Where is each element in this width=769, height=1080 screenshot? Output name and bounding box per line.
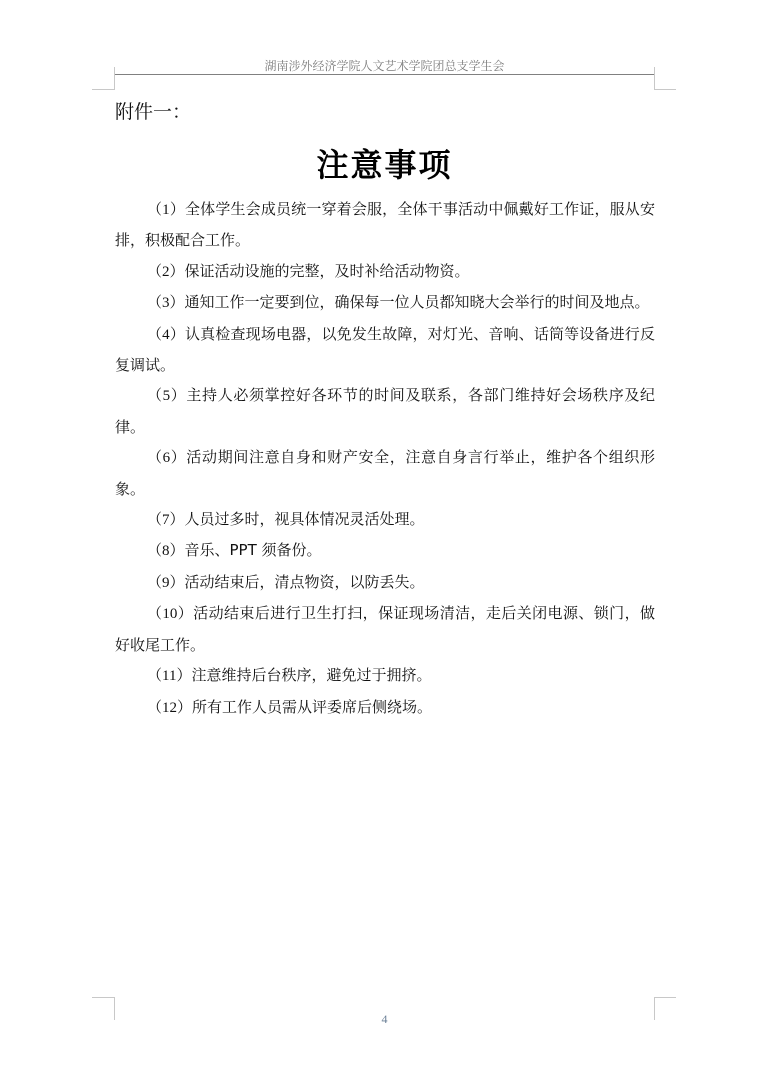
- item-number: （1）: [147, 202, 185, 218]
- item-text: 活动结束后，清点物资，以防丢失。: [185, 573, 425, 591]
- item-text: 所有工作人员需从评委席后侧绕场。: [192, 698, 432, 716]
- item-text: 活动期间注意自身和财产安全，注意自身言行举止，维护各个组织形象。: [115, 448, 655, 497]
- item-text: 全体学生会成员统一穿着会服，全体干事活动中佩戴好工作证，服从安排，积极配合工作。: [115, 200, 655, 249]
- item-number: （10）: [147, 606, 193, 622]
- list-item: （10）活动结束后进行卫生打扫，保证现场清洁，走后关闭电源、锁门，做好收尾工作。: [115, 598, 655, 660]
- item-number: （3）: [147, 295, 185, 311]
- annex-label: 附件一：: [115, 97, 191, 124]
- document-title: 注意事项: [0, 140, 769, 186]
- item-text: 人员过多时，视具体情况灵活处理。: [185, 510, 425, 528]
- item-number: （7）: [147, 512, 185, 528]
- item-number: （8）: [147, 543, 185, 559]
- crop-mark-top-left-h: [92, 89, 114, 90]
- list-item: （9）活动结束后，清点物资，以防丢失。: [115, 567, 655, 598]
- item-text: 保证活动设施的完整，及时补给活动物资。: [185, 262, 470, 280]
- list-item: （2）保证活动设施的完整，及时补给活动物资。: [115, 256, 655, 287]
- list-item: （7）人员过多时，视具体情况灵活处理。: [115, 504, 655, 535]
- notice-list: （1）全体学生会成员统一穿着会服，全体干事活动中佩戴好工作证，服从安排，积极配合…: [115, 194, 655, 723]
- item-text: 通知工作一定要到位，确保每一位人员都知晓大会举行的时间及地点。: [185, 293, 650, 311]
- item-number: （11）: [147, 668, 191, 684]
- crop-mark-top-right-h: [654, 89, 676, 90]
- item-number: （4）: [147, 327, 185, 343]
- list-item: （1）全体学生会成员统一穿着会服，全体干事活动中佩戴好工作证，服从安排，积极配合…: [115, 194, 655, 256]
- list-item: （6）活动期间注意自身和财产安全，注意自身言行举止，维护各个组织形象。: [115, 442, 655, 504]
- item-text: 注意维持后台秩序，避免过于拥挤。: [191, 666, 431, 684]
- item-number: （5）: [147, 388, 186, 404]
- list-item: （12）所有工作人员需从评委席后侧绕场。: [115, 692, 655, 723]
- crop-mark-bottom-right-h: [654, 997, 676, 998]
- page-number: 4: [0, 1012, 769, 1027]
- item-number: （9）: [147, 575, 185, 591]
- item-number: （2）: [147, 264, 185, 280]
- header-rule: [115, 74, 654, 75]
- crop-mark-bottom-left-h: [92, 997, 114, 998]
- list-item: （3）通知工作一定要到位，确保每一位人员都知晓大会举行的时间及地点。: [115, 287, 655, 318]
- list-item: （5）主持人必须掌控好各环节的时间及联系，各部门维持好会场秩序及纪律。: [115, 380, 655, 442]
- list-item: （4）认真检查现场电器，以免发生故障，对灯光、音响、话筒等设备进行反复调试。: [115, 319, 655, 381]
- item-number: （12）: [147, 700, 192, 716]
- list-item: （8）音乐、PPT 须备份。: [115, 535, 655, 566]
- item-text: 认真检查现场电器，以免发生故障，对灯光、音响、话筒等设备进行反复调试。: [115, 325, 655, 374]
- item-text: 主持人必须掌控好各环节的时间及联系，各部门维持好会场秩序及纪律。: [115, 386, 655, 435]
- item-number: （6）: [147, 450, 186, 466]
- page-header-organization: 湖南涉外经济学院人文艺术学院团总支学生会: [0, 57, 769, 74]
- list-item: （11）注意维持后台秩序，避免过于拥挤。: [115, 660, 655, 691]
- item-text: 活动结束后进行卫生打扫，保证现场清洁，走后关闭电源、锁门，做好收尾工作。: [115, 604, 655, 653]
- item-text: 音乐、PPT 须备份。: [185, 541, 322, 559]
